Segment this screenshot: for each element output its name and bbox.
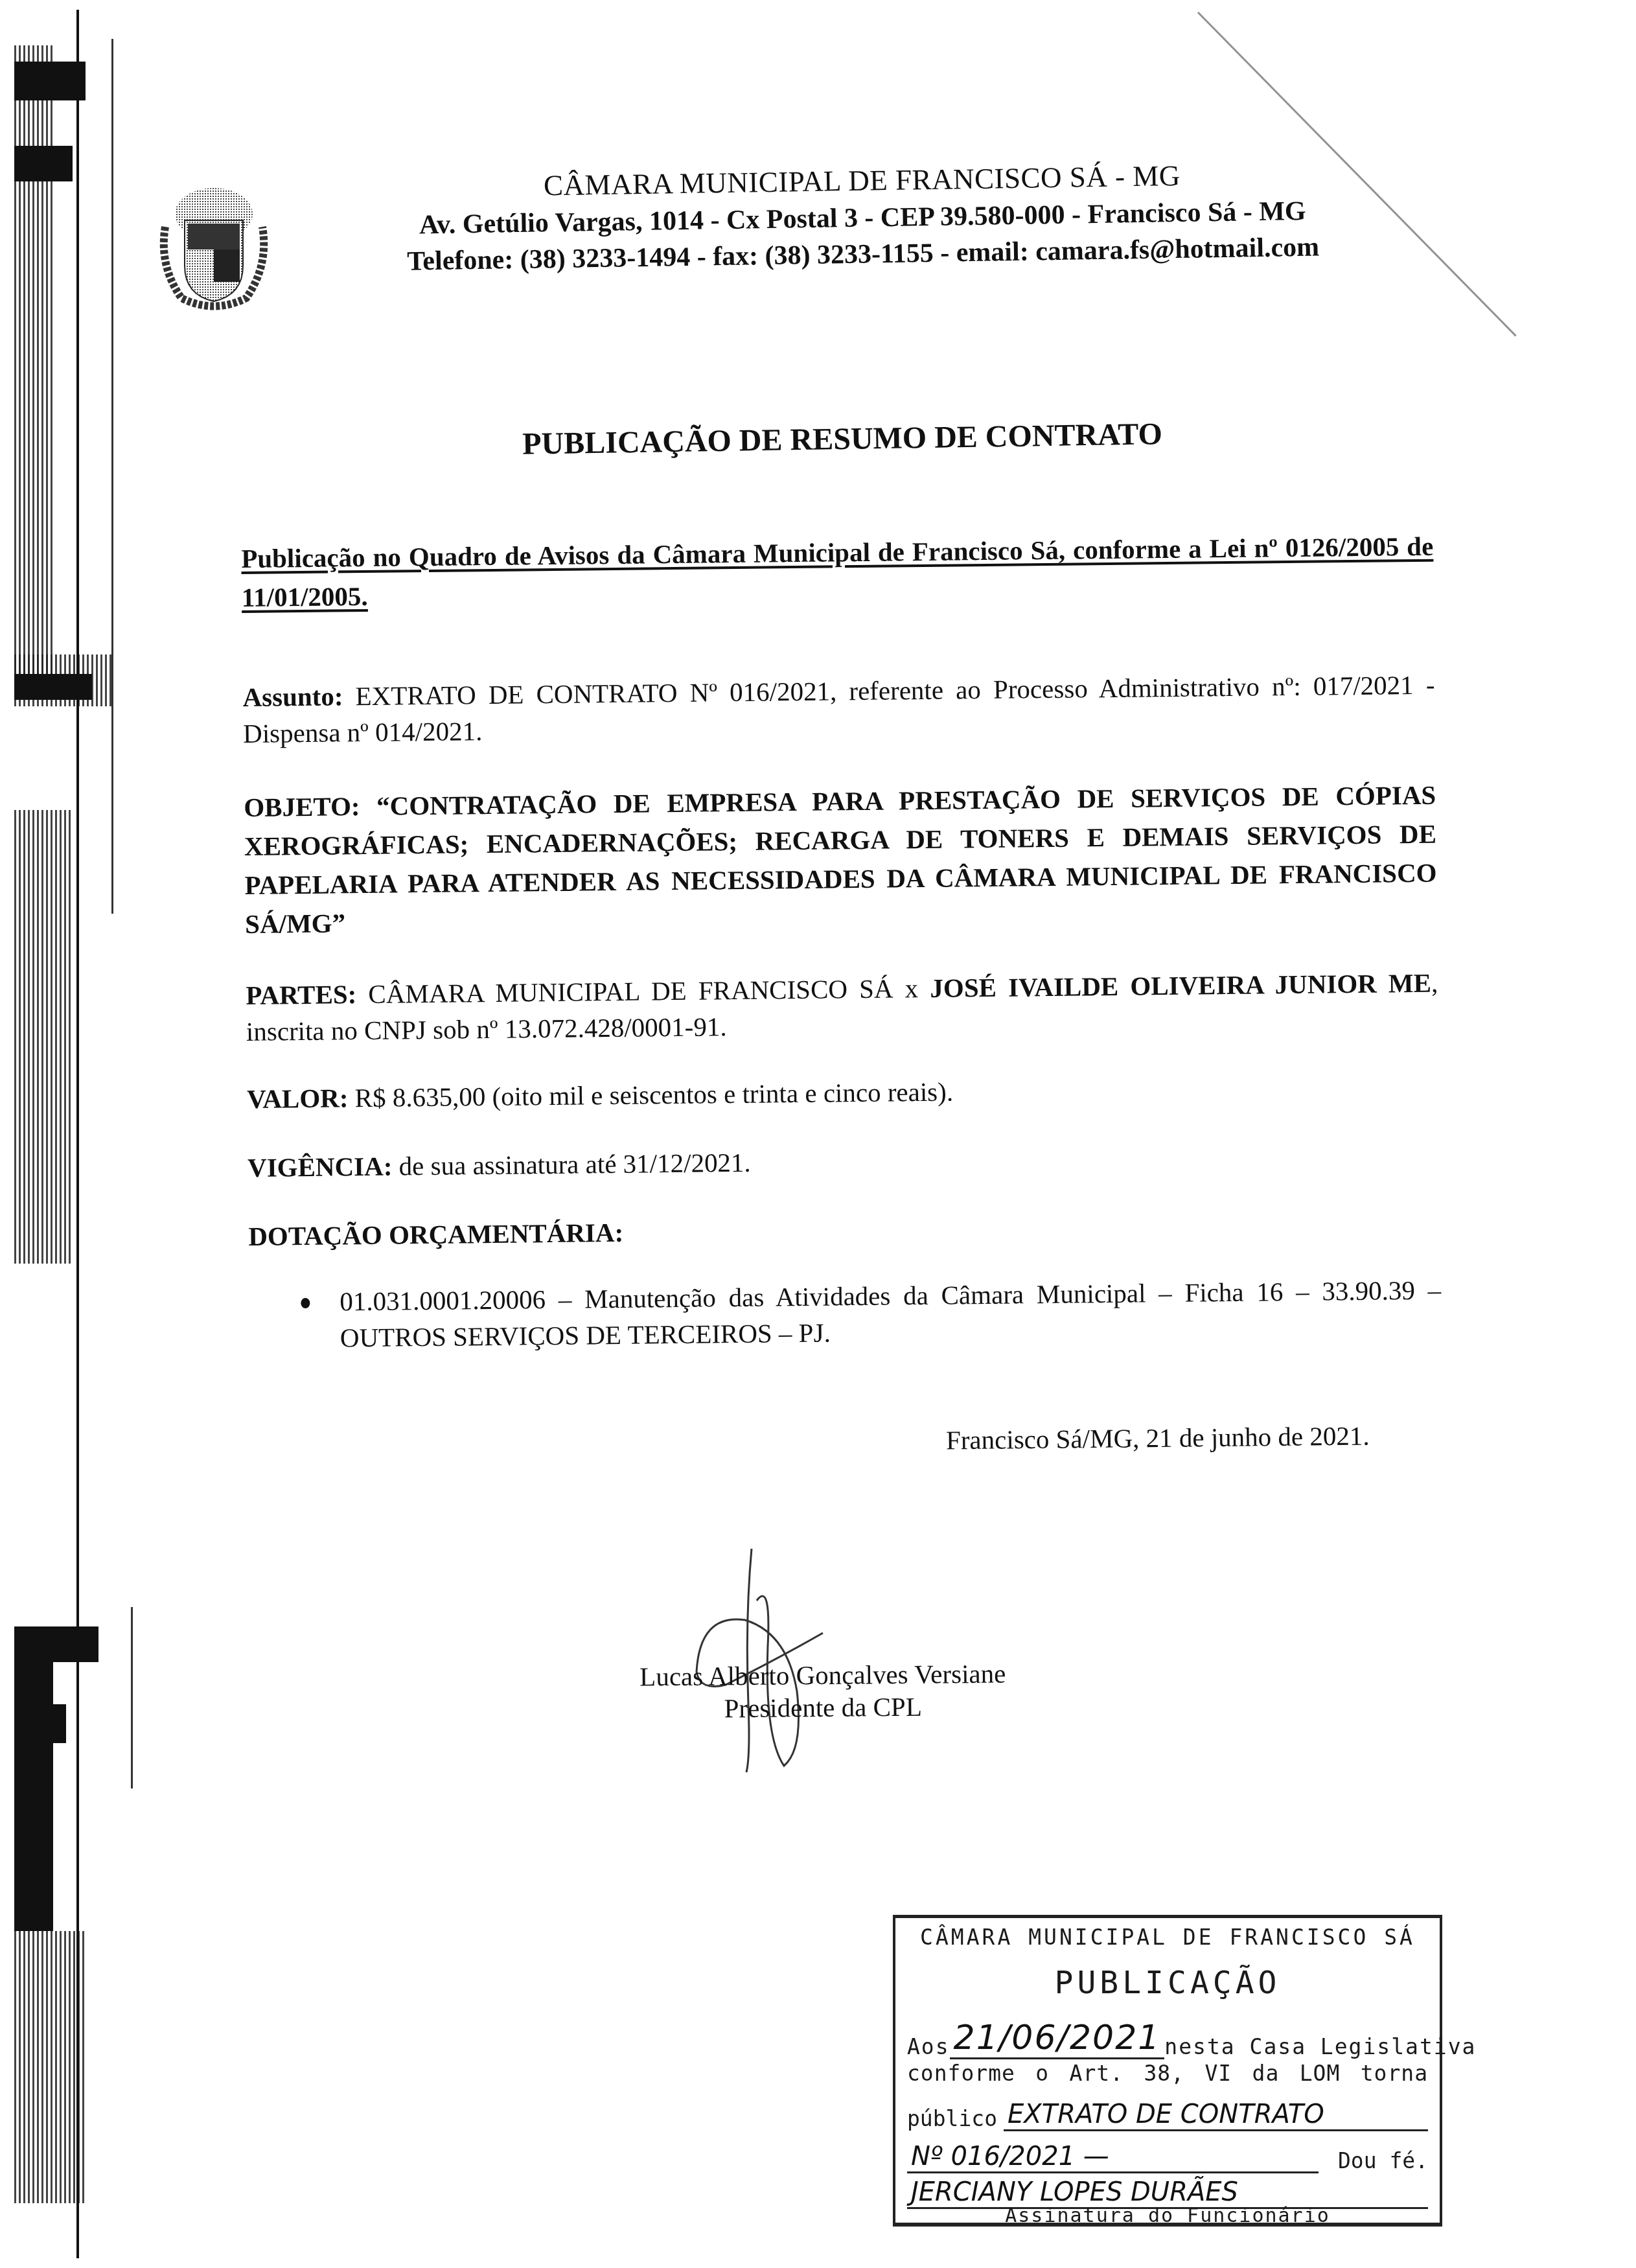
dotacao-item: 01.031.0001.20006 – Manutenção das Ativi…	[249, 1272, 1442, 1357]
stamp-publico-row: público EXTRATO DE CONTRATO	[907, 2100, 1428, 2131]
assunto-text: EXTRATO DE CONTRATO Nº 016/2021, referen…	[243, 670, 1435, 748]
valor-label: VALOR:	[247, 1083, 349, 1114]
document-title: PUBLICAÇÃO DE RESUMO DE CONTRATO	[454, 415, 1232, 463]
letterhead: CÂMARA MUNICIPAL DE FRANCISCO SÁ - MG Av…	[311, 152, 1414, 281]
publication-notice: Publicação no Quadro de Avisos da Câmara…	[241, 527, 1434, 617]
stamp-word: torna	[1361, 2061, 1428, 2086]
coat-of-arms-icon	[156, 175, 272, 311]
objeto-text: “CONTRATAÇÃO DE EMPRESA PARA PRESTAÇÃO D…	[244, 780, 1437, 939]
dotacao-list: 01.031.0001.20006 – Manutenção das Ativi…	[249, 1272, 1442, 1357]
scanner-edge-artifacts	[0, 0, 143, 2268]
bullet-icon	[301, 1298, 310, 1308]
stamp-organization: CÂMARA MUNICIPAL DE FRANCISCO SÁ	[907, 1925, 1428, 1950]
party-b: JOSÉ IVAILDE OLIVEIRA JUNIOR ME	[930, 968, 1431, 1003]
stamp-handwritten-subject: EXTRATO DE CONTRATO	[1004, 2100, 1428, 2131]
valor-paragraph: VALOR: R$ 8.635,00 (oito mil e seiscento…	[247, 1069, 1439, 1117]
stamp-legal-basis: conforme o Art. 38, VI da LOM torna	[907, 2061, 1428, 2086]
stamp-word: conforme	[907, 2061, 1015, 2086]
publication-stamp: CÂMARA MUNICIPAL DE FRANCISCO SÁ PUBLICA…	[893, 1915, 1442, 2227]
document-body: Publicação no Quadro de Avisos da Câmara…	[241, 527, 1442, 1357]
objeto-label: OBJETO:	[244, 791, 360, 822]
assunto-paragraph: Assunto: EXTRATO DE CONTRATO Nº 016/2021…	[242, 667, 1435, 752]
dotacao-heading: DOTAÇÃO ORÇAMENTÁRIA:	[248, 1206, 1440, 1255]
vigencia-text: de sua assinatura até 31/12/2021.	[392, 1148, 751, 1181]
objeto-paragraph: OBJETO: “CONTRATAÇÃO DE EMPRESA PARA PRE…	[244, 776, 1437, 943]
stamp-handwritten-number: Nº 016/2021 —	[907, 2142, 1319, 2173]
stamp-aos-suffix: nesta Casa Legislativa	[1164, 2034, 1476, 2059]
stamp-word: 38,	[1144, 2061, 1184, 2086]
vigencia-label: VIGÊNCIA:	[248, 1151, 393, 1183]
signer-block: Lucas Alberto Gonçalves Versiane Preside…	[596, 1657, 1050, 1726]
assunto-label: Assunto:	[242, 681, 343, 712]
stamp-signature-label: Assinatura do Funcionário	[895, 2204, 1440, 2227]
stamp-word: da	[1252, 2061, 1280, 2086]
stamp-publico-label: público	[907, 2106, 997, 2131]
signer-name: Lucas Alberto Gonçalves Versiane	[596, 1657, 1050, 1693]
stamp-date-row: Aos 21/06/2021 nesta Casa Legislativa	[907, 2019, 1428, 2059]
party-a: CÂMARA MUNICIPAL DE FRANCISCO SÁ x	[356, 973, 930, 1009]
stamp-word: Art.	[1070, 2061, 1123, 2086]
stamp-word: o	[1035, 2061, 1049, 2086]
place-date: Francisco Sá/MG, 21 de junho de 2021.	[946, 1420, 1370, 1456]
stamp-dou-fe: Dou fé.	[1338, 2148, 1428, 2173]
vigencia-paragraph: VIGÊNCIA: de sua assinatura até 31/12/20…	[248, 1137, 1440, 1186]
signer-role: Presidente da CPL	[596, 1689, 1050, 1726]
stamp-title: PUBLICAÇÃO	[907, 1965, 1428, 2001]
dotacao-item-text: 01.031.0001.20006 – Manutenção das Ativi…	[340, 1275, 1441, 1353]
stamp-word: LOM	[1300, 2061, 1341, 2086]
partes-label: PARTES:	[246, 979, 356, 1010]
stamp-word: VI	[1204, 2061, 1232, 2086]
stamp-number-row: Nº 016/2021 — Dou fé.	[907, 2142, 1428, 2173]
stamp-handwritten-date: 21/06/2021	[950, 2019, 1165, 2059]
partes-paragraph: PARTES: CÂMARA MUNICIPAL DE FRANCISCO SÁ…	[246, 965, 1438, 1050]
valor-text: R$ 8.635,00 (oito mil e seiscentos e tri…	[348, 1077, 953, 1113]
stamp-aos-label: Aos	[907, 2034, 950, 2059]
